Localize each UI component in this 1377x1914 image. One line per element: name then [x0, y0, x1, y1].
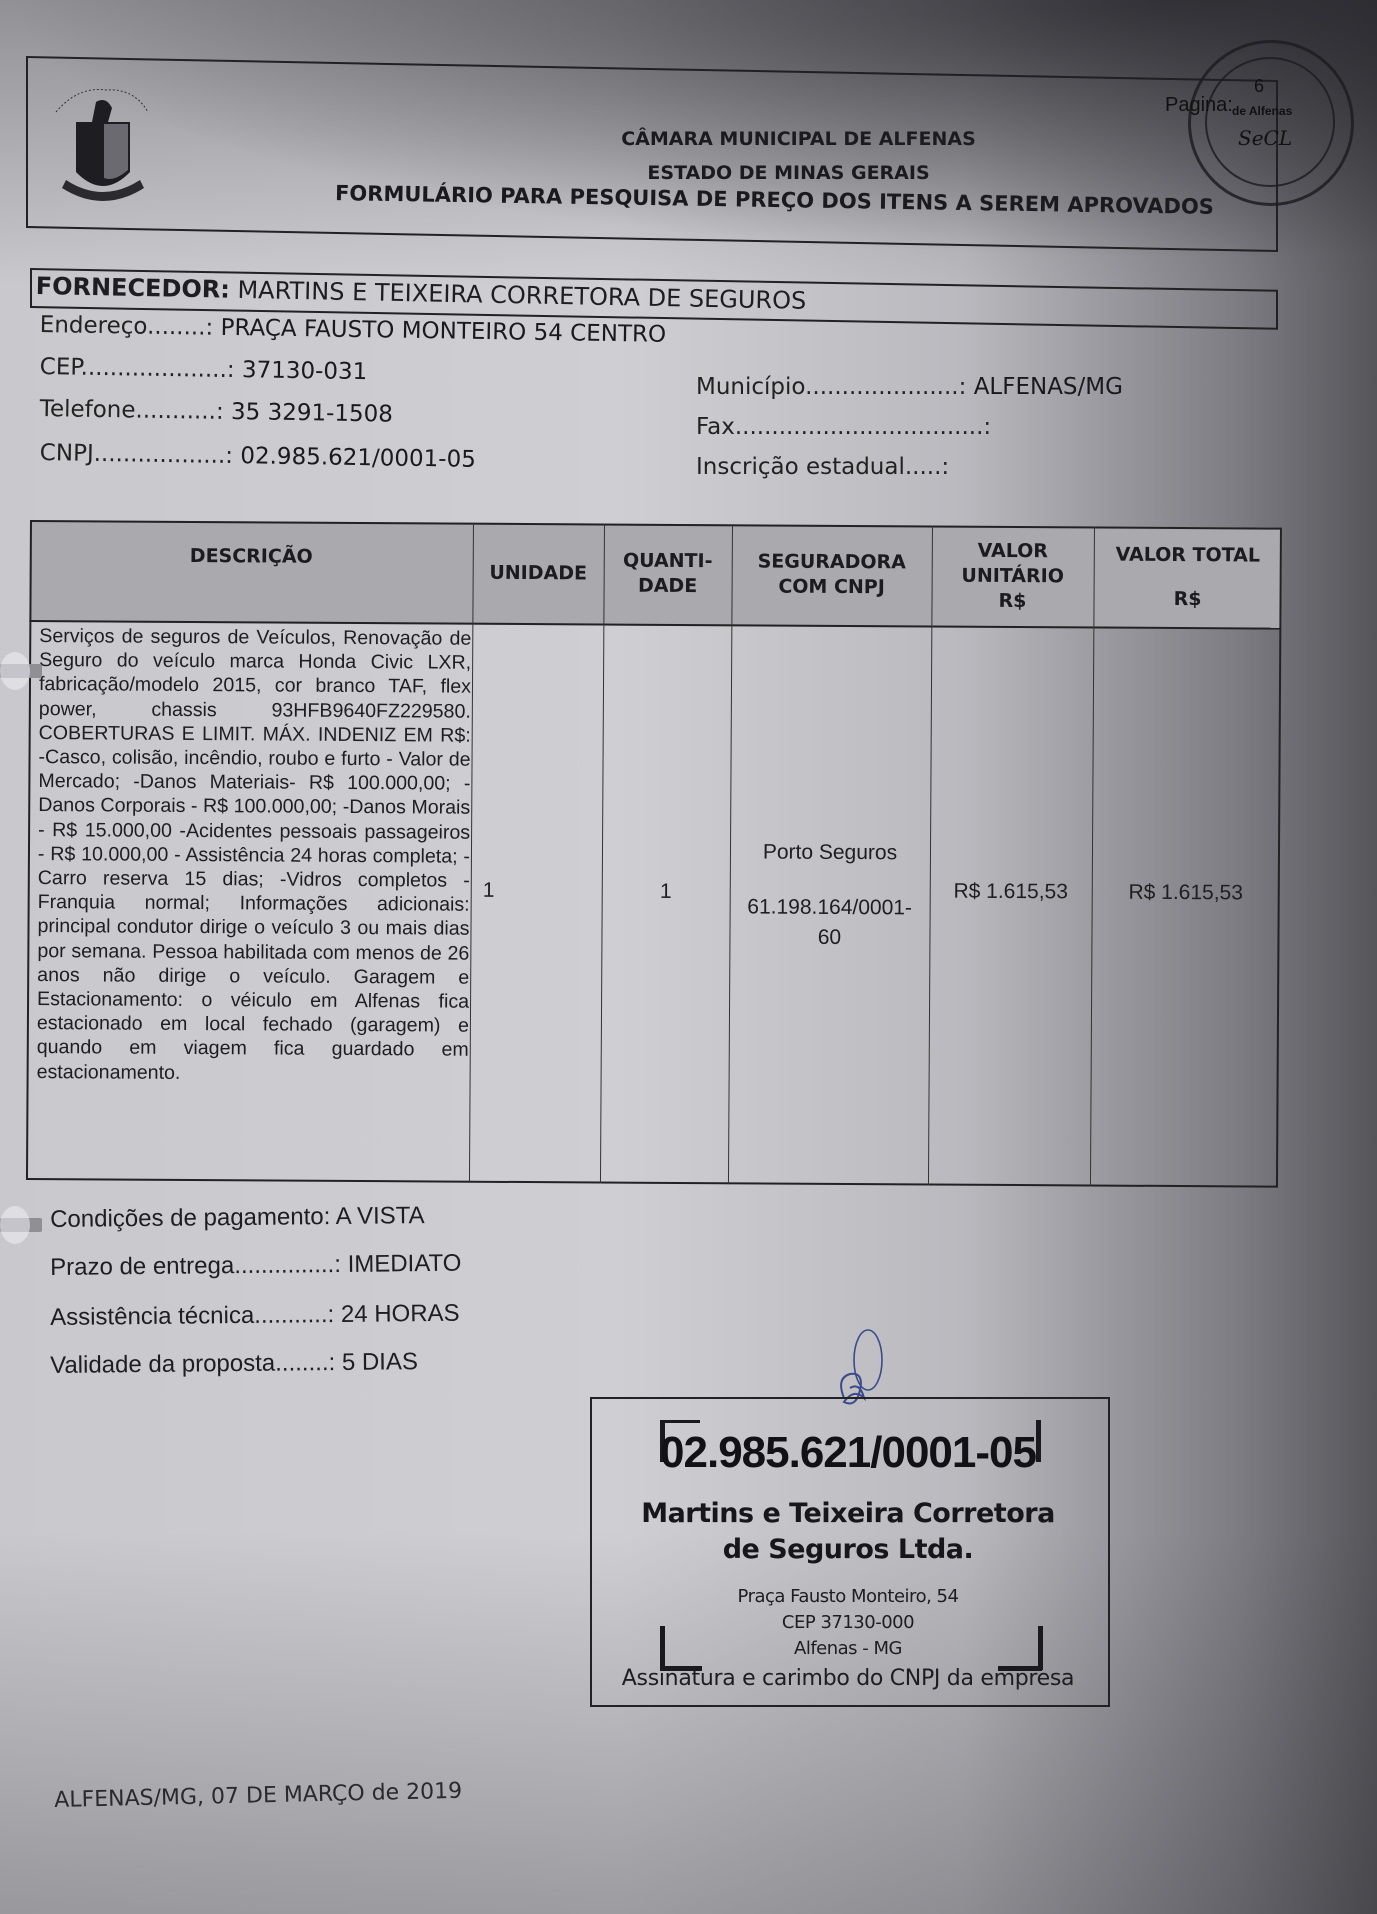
header-unit: UNIDADE: [472, 523, 604, 624]
header-unit-value: VALOR UNITÁRIO R$: [931, 526, 1094, 627]
cep-value: 37130-031: [242, 357, 368, 385]
binder-hole: [0, 1218, 42, 1232]
row-insurer-cnpj: 61.198.164/0001- 60: [729, 892, 929, 953]
institution-name: CÂMARA MUNICIPAL DE ALFENAS: [110, 128, 1377, 150]
binder-hole: [0, 664, 42, 678]
row-unit-value: R$ 1.615,53: [930, 880, 1092, 905]
municipality-field: Município.....................: ALFENAS/…: [696, 374, 1123, 400]
stamp-address-line3: Alfenas - MG: [590, 1636, 1106, 1662]
header-total-value: VALOR TOTAL R$: [1093, 526, 1282, 627]
municipality-label: Município.....................:: [696, 374, 966, 400]
delivery-value: IMEDIATO: [347, 1250, 461, 1278]
row-description: Serviços de seguros de Veículos, Renovaç…: [37, 624, 472, 1086]
supplier-label: FORNECEDOR:: [35, 272, 230, 304]
header-insurer: SEGURADORA COM CNPJ: [731, 524, 932, 625]
validity-condition: Validade da proposta........: 5 DIAS: [50, 1348, 418, 1380]
delivery-condition: Prazo de entrega...............: IMEDIAT…: [50, 1250, 462, 1282]
fax-label: Fax..................................:: [696, 414, 991, 440]
cep-field: CEP....................: 37130-031: [40, 354, 368, 385]
row-unit: 1: [483, 879, 495, 903]
state-registration-field: Inscrição estadual.....:: [696, 454, 949, 480]
address-label: Endereço........:: [40, 312, 214, 341]
row-quantity: 1: [602, 879, 730, 904]
phone-field: Telefone...........: 35 3291-1508: [40, 396, 394, 428]
stamp-signature: SeCL: [1238, 126, 1292, 150]
payment-label: Condições de pagamento:: [50, 1203, 330, 1233]
phone-label: Telefone...........:: [40, 396, 224, 425]
support-condition: Assistência técnica...........: 24 HORAS: [50, 1300, 460, 1332]
stamp-address-line1: Praça Fausto Monteiro, 54: [590, 1584, 1106, 1610]
cnpj-label: CNPJ..................:: [40, 440, 234, 469]
stamp-text: de Alfenas: [1232, 104, 1292, 118]
signature-caption: Assinatura e carimbo do CNPJ da empresa: [590, 1666, 1106, 1691]
payment-value: A VISTA: [336, 1202, 425, 1230]
header-description: DESCRIÇÃO: [30, 520, 473, 593]
stamp-company-line2: de Seguros Ltda.: [590, 1532, 1106, 1568]
stamp-company-line1: Martins e Teixeira Corretora: [590, 1496, 1106, 1532]
stamp-address-line2: CEP 37130-000: [590, 1610, 1106, 1636]
address-value: PRAÇA FAUSTO MONTEIRO 54 CENTRO: [220, 315, 666, 348]
row-total-value: R$ 1.615,53: [1092, 880, 1280, 905]
header-quantity: QUANTI- DADE: [603, 524, 732, 625]
municipality-value: ALFENAS/MG: [974, 374, 1123, 400]
payment-condition: Condições de pagamento: A VISTA: [50, 1202, 425, 1234]
page-number: 6: [1254, 76, 1264, 97]
page-label: Pagina:: [1165, 94, 1233, 117]
cnpj-field: CNPJ..................: 02.985.621/0001-…: [40, 440, 476, 473]
row-insurer-name: Porto Seguros: [730, 840, 930, 865]
delivery-label: Prazo de entrega...............:: [50, 1251, 341, 1281]
page-stamp: [1188, 40, 1354, 206]
validity-value: 5 DIAS: [342, 1348, 418, 1376]
header-frame: [26, 56, 1278, 252]
phone-value: 35 3291-1508: [231, 399, 393, 428]
price-table: DESCRIÇÃO UNIDADE QUANTI- DADE SEGURADOR…: [26, 520, 1282, 1188]
validity-label: Validade da proposta........:: [50, 1349, 335, 1379]
place-date: ALFENAS/MG, 07 DE MARÇO de 2019: [54, 1779, 462, 1813]
state-registration-label: Inscrição estadual.....:: [696, 454, 949, 480]
cep-label: CEP....................:: [40, 354, 235, 383]
fax-field: Fax..................................:: [696, 414, 991, 440]
cnpj-value: 02.985.621/0001-05: [240, 443, 476, 473]
stamp-corner: [660, 1420, 700, 1423]
stamp-cnpj: 02.985.621/0001-05: [590, 1428, 1106, 1478]
support-value: 24 HORAS: [341, 1300, 460, 1328]
support-label: Assistência técnica...........:: [50, 1301, 334, 1331]
